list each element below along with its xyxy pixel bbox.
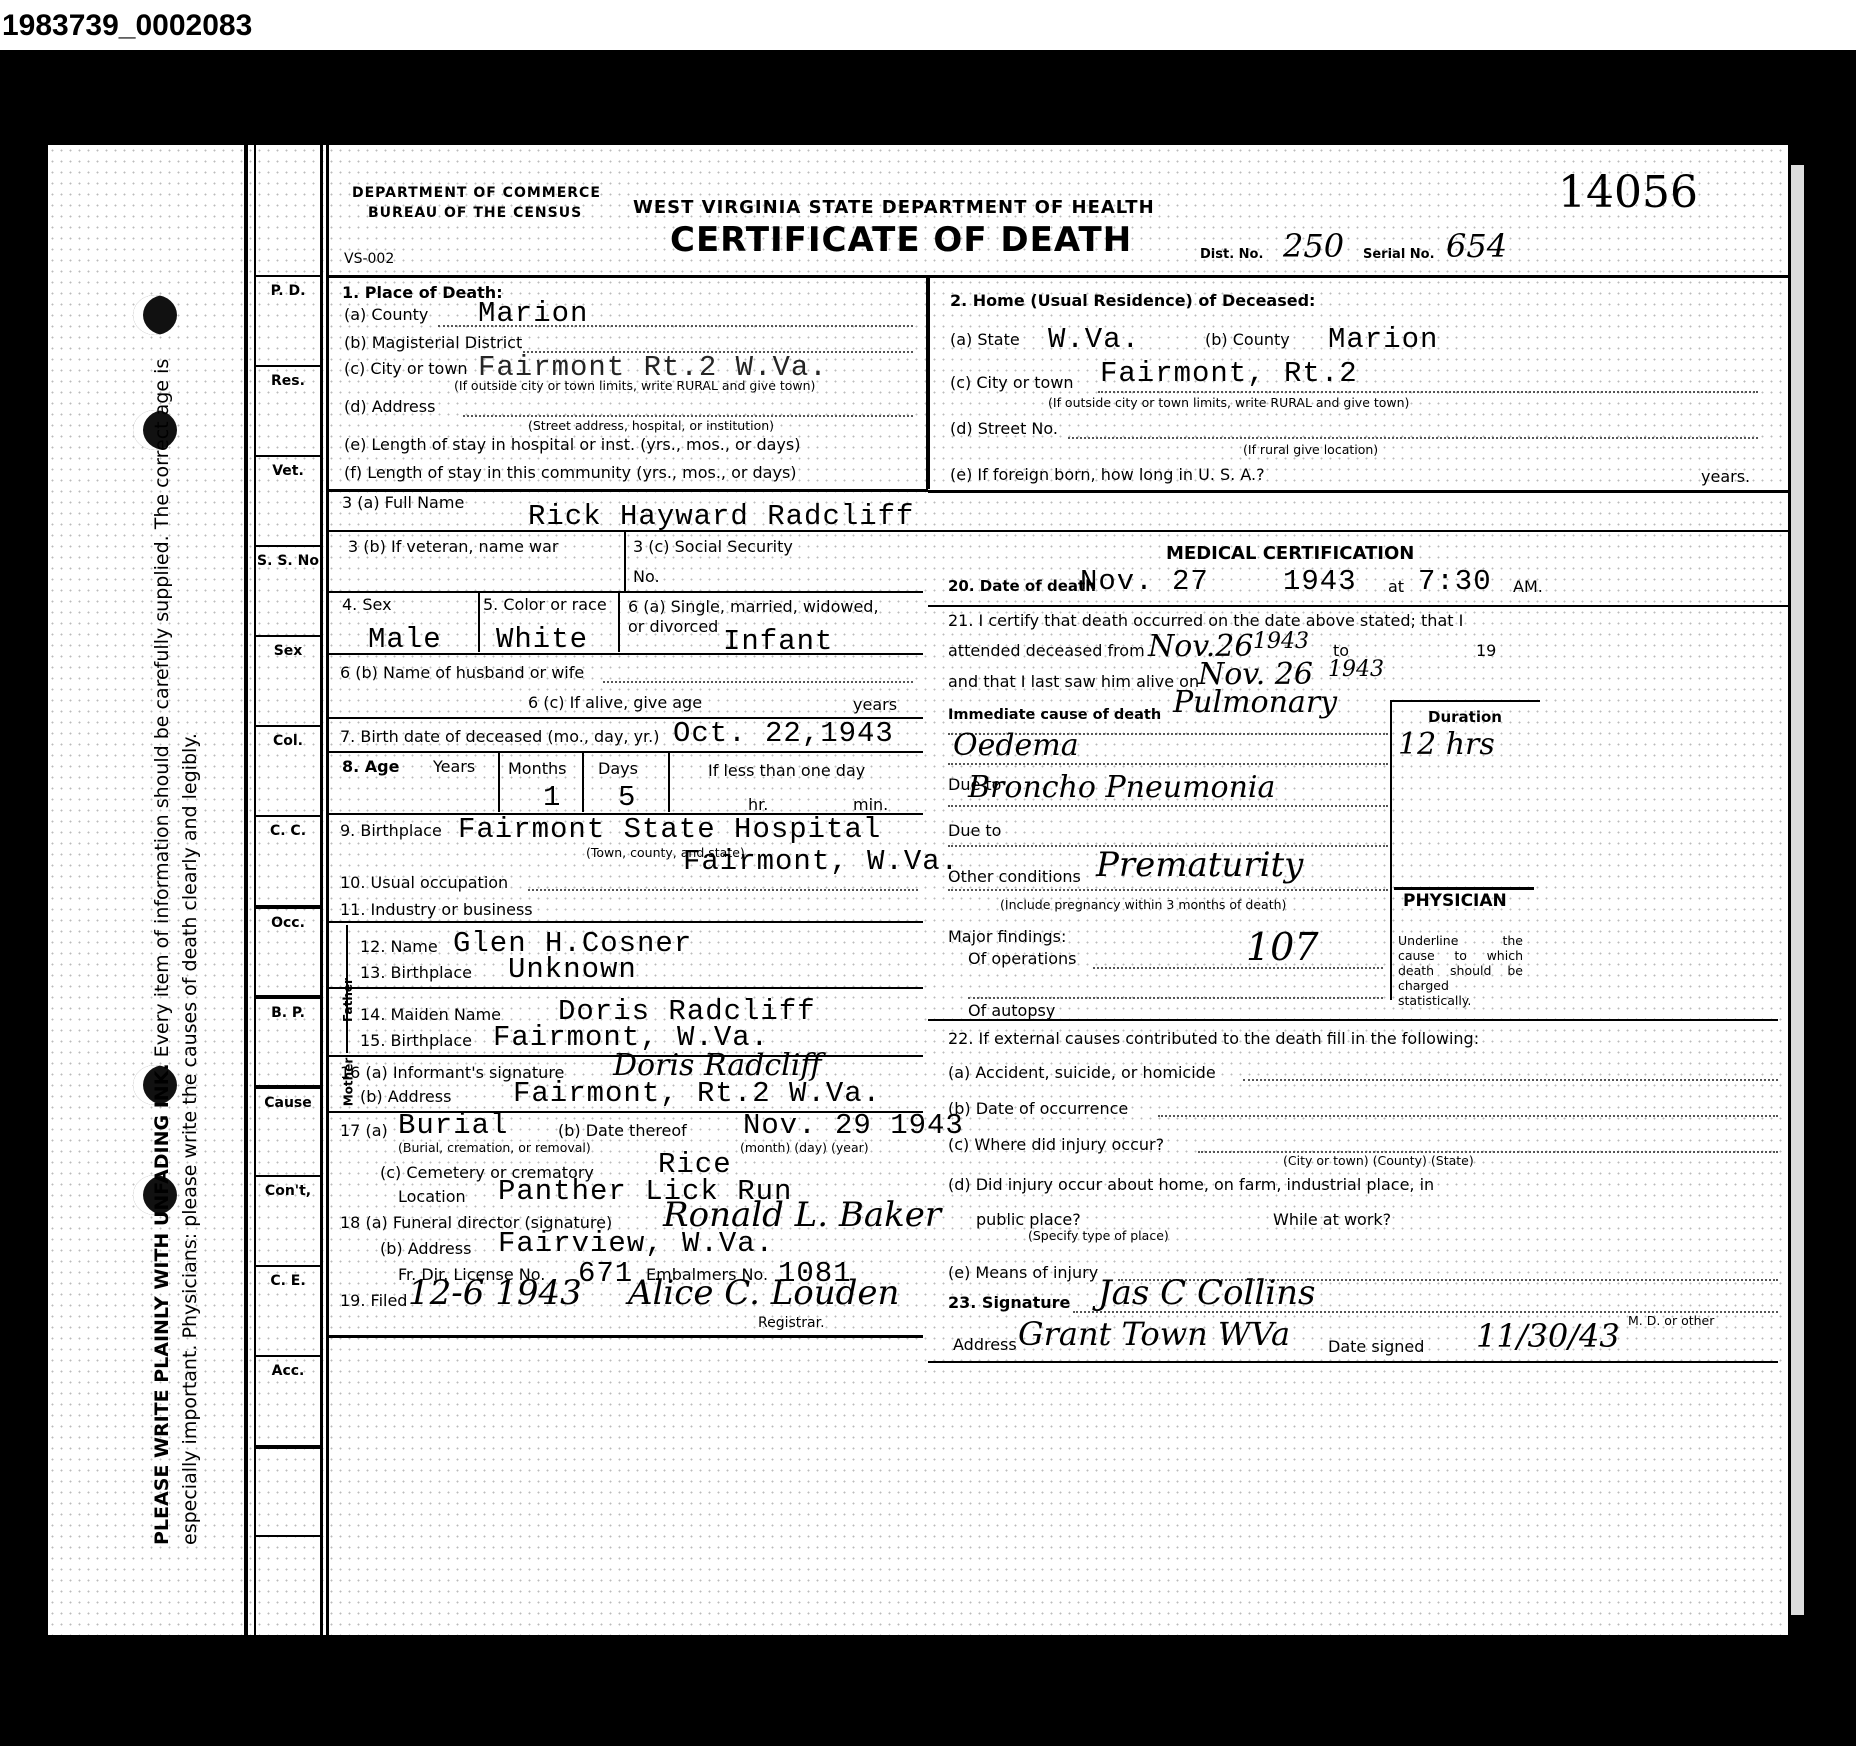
res-city-label: (c) City or town xyxy=(950,373,1074,392)
public-place-label: public place? xyxy=(976,1210,1081,1229)
code-sex: Sex xyxy=(256,635,320,725)
paper-edge xyxy=(1788,165,1806,1615)
row-rule xyxy=(328,921,923,923)
row-rule xyxy=(328,751,923,753)
dotted-line xyxy=(968,997,1383,999)
location-label: Location xyxy=(398,1187,466,1206)
code-col: Col. xyxy=(256,725,320,815)
registrar-signature: Alice C. Louden xyxy=(628,1273,899,1313)
filed-date: 12-6 1943 xyxy=(408,1273,582,1313)
operations-mark: 107 xyxy=(1246,925,1319,969)
due-to-label-2: Due to xyxy=(948,821,1001,840)
date-signed: 11/30/43 xyxy=(1476,1317,1620,1355)
industry-label: 11. Industry or business xyxy=(340,900,533,919)
attended-from-year: 1943 xyxy=(1253,629,1309,654)
code-blank xyxy=(256,1445,320,1535)
less-day-label: If less than one day xyxy=(708,761,865,780)
res-foreign-label: (e) If foreign born, how long in U. S. A… xyxy=(950,465,1265,484)
physician-heading: PHYSICIAN xyxy=(1403,891,1507,911)
birthplace-label: 9. Birthplace xyxy=(340,821,442,840)
bureau-census: BUREAU OF THE CENSUS xyxy=(368,205,582,221)
residence-heading: 2. Home (Usual Residence) of Deceased: xyxy=(950,291,1315,310)
code-acc: Acc. xyxy=(256,1355,320,1445)
md-title: M. D. or other xyxy=(1628,1313,1714,1328)
age-label: 8. Age xyxy=(342,757,399,776)
res-county-label: (b) County xyxy=(1205,330,1290,349)
pod-address-label: (d) Address xyxy=(344,397,435,416)
physician-note: Underline the cause to which death shoul… xyxy=(1398,933,1523,1008)
signer-address-label: Address xyxy=(953,1335,1017,1354)
physician-rule xyxy=(1394,887,1534,890)
code-cause: Cause xyxy=(256,1085,320,1175)
dist-number: 250 xyxy=(1283,227,1344,265)
pod-stay-hospital: (e) Length of stay in hospital or inst. … xyxy=(344,435,800,454)
cell-divider xyxy=(478,592,480,652)
certify-line: 21. I certify that death occurred on the… xyxy=(948,611,1463,630)
duration-label: Duration xyxy=(1428,708,1502,726)
accident-label: (a) Accident, suicide, or homicide xyxy=(948,1063,1216,1082)
row-rule xyxy=(928,605,1788,607)
duration-value: 12 hrs xyxy=(1398,727,1495,762)
age-months-value: 1 xyxy=(543,781,561,814)
row-rule xyxy=(928,1361,1778,1363)
row-rule xyxy=(328,987,923,989)
cell-divider xyxy=(498,752,500,812)
informant-address-label: (b) Address xyxy=(360,1087,451,1106)
code-ce: C. E. xyxy=(256,1265,320,1355)
pod-city-note: (If outside city or town limits, write R… xyxy=(454,378,815,393)
last-saw-year: 1943 xyxy=(1328,657,1384,682)
dotted-line xyxy=(948,763,1388,765)
agency-name: WEST VIRGINIA STATE DEPARTMENT OF HEALTH xyxy=(633,197,1155,218)
birth-date-label: 7. Birth date of deceased (mo., day, yr.… xyxy=(340,727,660,746)
codes-divider xyxy=(320,145,323,1635)
informant-address: Fairmont, Rt.2 W.Va. xyxy=(513,1077,881,1110)
years-label: Years xyxy=(433,757,475,776)
stub-instruction-line2: especially important. Physicians: please… xyxy=(176,359,204,1545)
res-state-value: W.Va. xyxy=(1048,323,1140,356)
license-value: 671 xyxy=(578,1257,633,1290)
cell-divider xyxy=(618,592,620,652)
pod-county-label: (a) County xyxy=(344,305,428,324)
director-address: Fairview, W.Va. xyxy=(498,1227,774,1260)
birthplace-value-1: Fairmont State Hospital xyxy=(458,813,881,846)
medical-heading: MEDICAL CERTIFICATION xyxy=(1166,543,1414,564)
father-name-label: 12. Name xyxy=(360,937,438,956)
pregnancy-note: (Include pregnancy within 3 months of de… xyxy=(1000,897,1286,912)
mother-maiden-label: 14. Maiden Name xyxy=(360,1005,501,1024)
stub-instruction-line1: Every item of information should be care… xyxy=(151,359,173,1058)
spouse-age-label: 6 (c) If alive, give age xyxy=(528,693,702,712)
dotted-line xyxy=(528,889,918,891)
date-signed-label: Date signed xyxy=(1328,1337,1424,1356)
sex-value: Male xyxy=(368,623,442,656)
age-days-value: 5 xyxy=(618,781,636,814)
section-rule xyxy=(328,489,928,492)
operations-label: Of operations xyxy=(968,949,1076,968)
other-conditions: Prematurity xyxy=(1096,845,1303,885)
last-saw-label: and that I last saw him alive on xyxy=(948,672,1199,691)
burial-type-label: 17 (a) xyxy=(340,1121,388,1140)
father-birthplace-label: 13. Birthplace xyxy=(360,963,472,982)
res-city-note: (If outside city or town limits, write R… xyxy=(1048,395,1409,410)
stub-divider xyxy=(244,145,248,1635)
code-occ: Occ. xyxy=(256,905,320,995)
signer-address: Grant Town WVa xyxy=(1018,1315,1290,1353)
stub-bold-instruction: PLEASE WRITE PLAINLY WITH UNFADING INK. xyxy=(151,1063,173,1545)
father-birthplace-value: Unknown xyxy=(508,953,637,986)
pod-city-label: (c) City or town xyxy=(344,359,468,378)
dotted-line xyxy=(463,415,913,417)
row-rule xyxy=(328,1335,923,1338)
sex-label: 4. Sex xyxy=(342,595,392,614)
dotted-line xyxy=(438,325,913,327)
hr-label: hr. xyxy=(748,795,768,814)
other-conditions-label: Other conditions xyxy=(948,867,1081,886)
months-label: Months xyxy=(508,759,566,778)
burial-date-label: (b) Date thereof xyxy=(558,1121,687,1140)
veteran-label: 3 (b) If veteran, name war xyxy=(348,537,558,556)
dotted-line xyxy=(1093,967,1383,969)
date-occurrence-label: (b) Date of occurrence xyxy=(948,1099,1128,1118)
row-rule xyxy=(328,591,923,593)
spouse-label: 6 (b) Name of husband or wife xyxy=(340,663,584,682)
min-label: min. xyxy=(853,795,888,814)
code-ssno: S. S. No xyxy=(256,545,320,635)
at-work-label: While at work? xyxy=(1273,1210,1391,1229)
res-street-note: (If rural give location) xyxy=(1243,442,1378,457)
immediate-cause-1: Pulmonary xyxy=(1173,685,1337,720)
attended-label: attended deceased from xyxy=(948,641,1145,660)
signature-label: 23. Signature xyxy=(948,1293,1070,1312)
parents-divider xyxy=(346,925,348,1053)
image-id-label: 1983739_0002083 xyxy=(0,0,1856,50)
public-place-note: (Specify type of place) xyxy=(1028,1228,1169,1243)
section-rule xyxy=(928,490,1788,493)
full-name-value: Rick Hayward Radcliff xyxy=(528,500,914,533)
at-label: at xyxy=(1388,577,1404,596)
ssn-label: 3 (c) Social Security xyxy=(633,537,793,556)
code-blank xyxy=(256,1535,320,1625)
registrar-label: Registrar. xyxy=(758,1315,825,1331)
spouse-age-suffix: years xyxy=(853,695,897,714)
means-injury-label: (e) Means of injury xyxy=(948,1263,1098,1282)
immediate-cause-2: Oedema xyxy=(953,728,1079,763)
certificate-form: DEPARTMENT OF COMMERCE BUREAU OF THE CEN… xyxy=(328,145,1788,1635)
due-to-1: Broncho Pneumonia xyxy=(968,770,1275,805)
autopsy-label: Of autopsy xyxy=(968,1001,1055,1020)
serial-number: 654 xyxy=(1446,227,1507,265)
birth-date-value: Oct. 22,1943 xyxy=(673,717,894,750)
dotted-line xyxy=(1068,437,1758,439)
pod-stay-community: (f) Length of stay in this community (yr… xyxy=(344,463,797,482)
days-label: Days xyxy=(598,759,638,778)
binding-stub: PLEASE WRITE PLAINLY WITH UNFADING INK. … xyxy=(48,145,248,1635)
burial-type-note: (Burial, cremation, or removal) xyxy=(398,1140,591,1155)
res-foreign-suffix: years. xyxy=(1701,467,1750,486)
code-pd: P. D. xyxy=(256,275,320,365)
burial-date: Nov. 29 1943 xyxy=(743,1109,964,1142)
external-heading: 22. If external causes contributed to th… xyxy=(948,1029,1479,1048)
director-address-label: (b) Address xyxy=(380,1239,471,1258)
row-rule xyxy=(328,653,923,655)
occupation-label: 10. Usual occupation xyxy=(340,873,508,892)
res-county-value: Marion xyxy=(1328,323,1438,356)
home-injury-label: (d) Did injury occur about home, on farm… xyxy=(948,1175,1434,1194)
code-vet: Vet. xyxy=(256,455,320,545)
filed-label: 19. Filed xyxy=(340,1291,407,1310)
cell-divider xyxy=(582,752,584,812)
death-date-value: Nov. 27 xyxy=(1080,565,1209,598)
immediate-cause-label: Immediate cause of death xyxy=(948,707,1161,723)
duration-rule xyxy=(1390,700,1540,702)
dotted-line xyxy=(1243,1079,1778,1081)
ssn-no-label: No. xyxy=(633,567,660,586)
certificate-title: CERTIFICATE OF DEATH xyxy=(670,220,1132,260)
pod-address-note: (Street address, hospital, or institutio… xyxy=(528,418,774,433)
form-code: VS-002 xyxy=(344,251,394,267)
res-state-label: (a) State xyxy=(950,330,1020,349)
res-street-label: (d) Street No. xyxy=(950,419,1058,438)
full-name-label: 3 (a) Full Name xyxy=(342,493,464,512)
coding-column: P. D. Res. Vet. S. S. No Sex Col. C. C. … xyxy=(256,275,320,1625)
birthplace-value-2: Fairmont, W.Va. xyxy=(683,845,959,878)
res-city-value: Fairmont, Rt.2 xyxy=(1100,357,1358,390)
duration-divider xyxy=(1390,700,1392,1000)
mother-birthplace-label: 15. Birthplace xyxy=(360,1031,472,1050)
code-cc: C. C. xyxy=(256,815,320,905)
dotted-line xyxy=(603,681,913,683)
death-ampm: AM. xyxy=(1513,577,1543,596)
row-rule xyxy=(928,1019,1778,1021)
certificate-number: 14056 xyxy=(1558,167,1698,218)
death-year-value: 1943 xyxy=(1283,565,1357,598)
death-date-label: 20. Date of death xyxy=(948,577,1096,595)
marital-label: 6 (a) Single, married, widowed, xyxy=(628,597,879,616)
row-rule xyxy=(328,530,1788,532)
punch-hole-icon xyxy=(133,295,177,335)
physician-signature: Jas C Collins xyxy=(1098,1273,1315,1313)
race-value: White xyxy=(496,623,588,656)
where-injury-label: (c) Where did injury occur? xyxy=(948,1135,1164,1154)
header-rule xyxy=(328,275,1788,278)
code-cont: Con't, xyxy=(256,1175,320,1265)
dept-commerce: DEPARTMENT OF COMMERCE xyxy=(352,185,601,201)
major-findings-label: Major findings: xyxy=(948,927,1066,946)
death-certificate: PLEASE WRITE PLAINLY WITH UNFADING INK. … xyxy=(48,145,1788,1635)
code-bp: B. P. xyxy=(256,995,320,1085)
dotted-line xyxy=(948,805,1388,807)
to-year: 19 xyxy=(1476,641,1496,660)
column-divider xyxy=(926,277,930,489)
dist-label: Dist. No. xyxy=(1200,247,1263,262)
death-time-value: 7:30 xyxy=(1418,565,1492,598)
stub-instructions: PLEASE WRITE PLAINLY WITH UNFADING INK. … xyxy=(148,359,204,1545)
dotted-line xyxy=(1158,1115,1778,1117)
burial-date-note: (month) (day) (year) xyxy=(740,1140,869,1155)
cell-divider xyxy=(668,752,670,812)
race-label: 5. Color or race xyxy=(483,595,607,614)
cell-divider xyxy=(624,531,626,591)
where-injury-note: (City or town) (County) (State) xyxy=(1283,1153,1474,1168)
marital-label-2: or divorced xyxy=(628,617,718,636)
dotted-line xyxy=(948,889,1388,891)
serial-label: Serial No. xyxy=(1363,247,1435,262)
code-res: Res. xyxy=(256,365,320,455)
pod-district-label: (b) Magisterial District xyxy=(344,333,522,352)
dotted-line xyxy=(1098,391,1758,393)
burial-type: Burial xyxy=(398,1109,508,1142)
